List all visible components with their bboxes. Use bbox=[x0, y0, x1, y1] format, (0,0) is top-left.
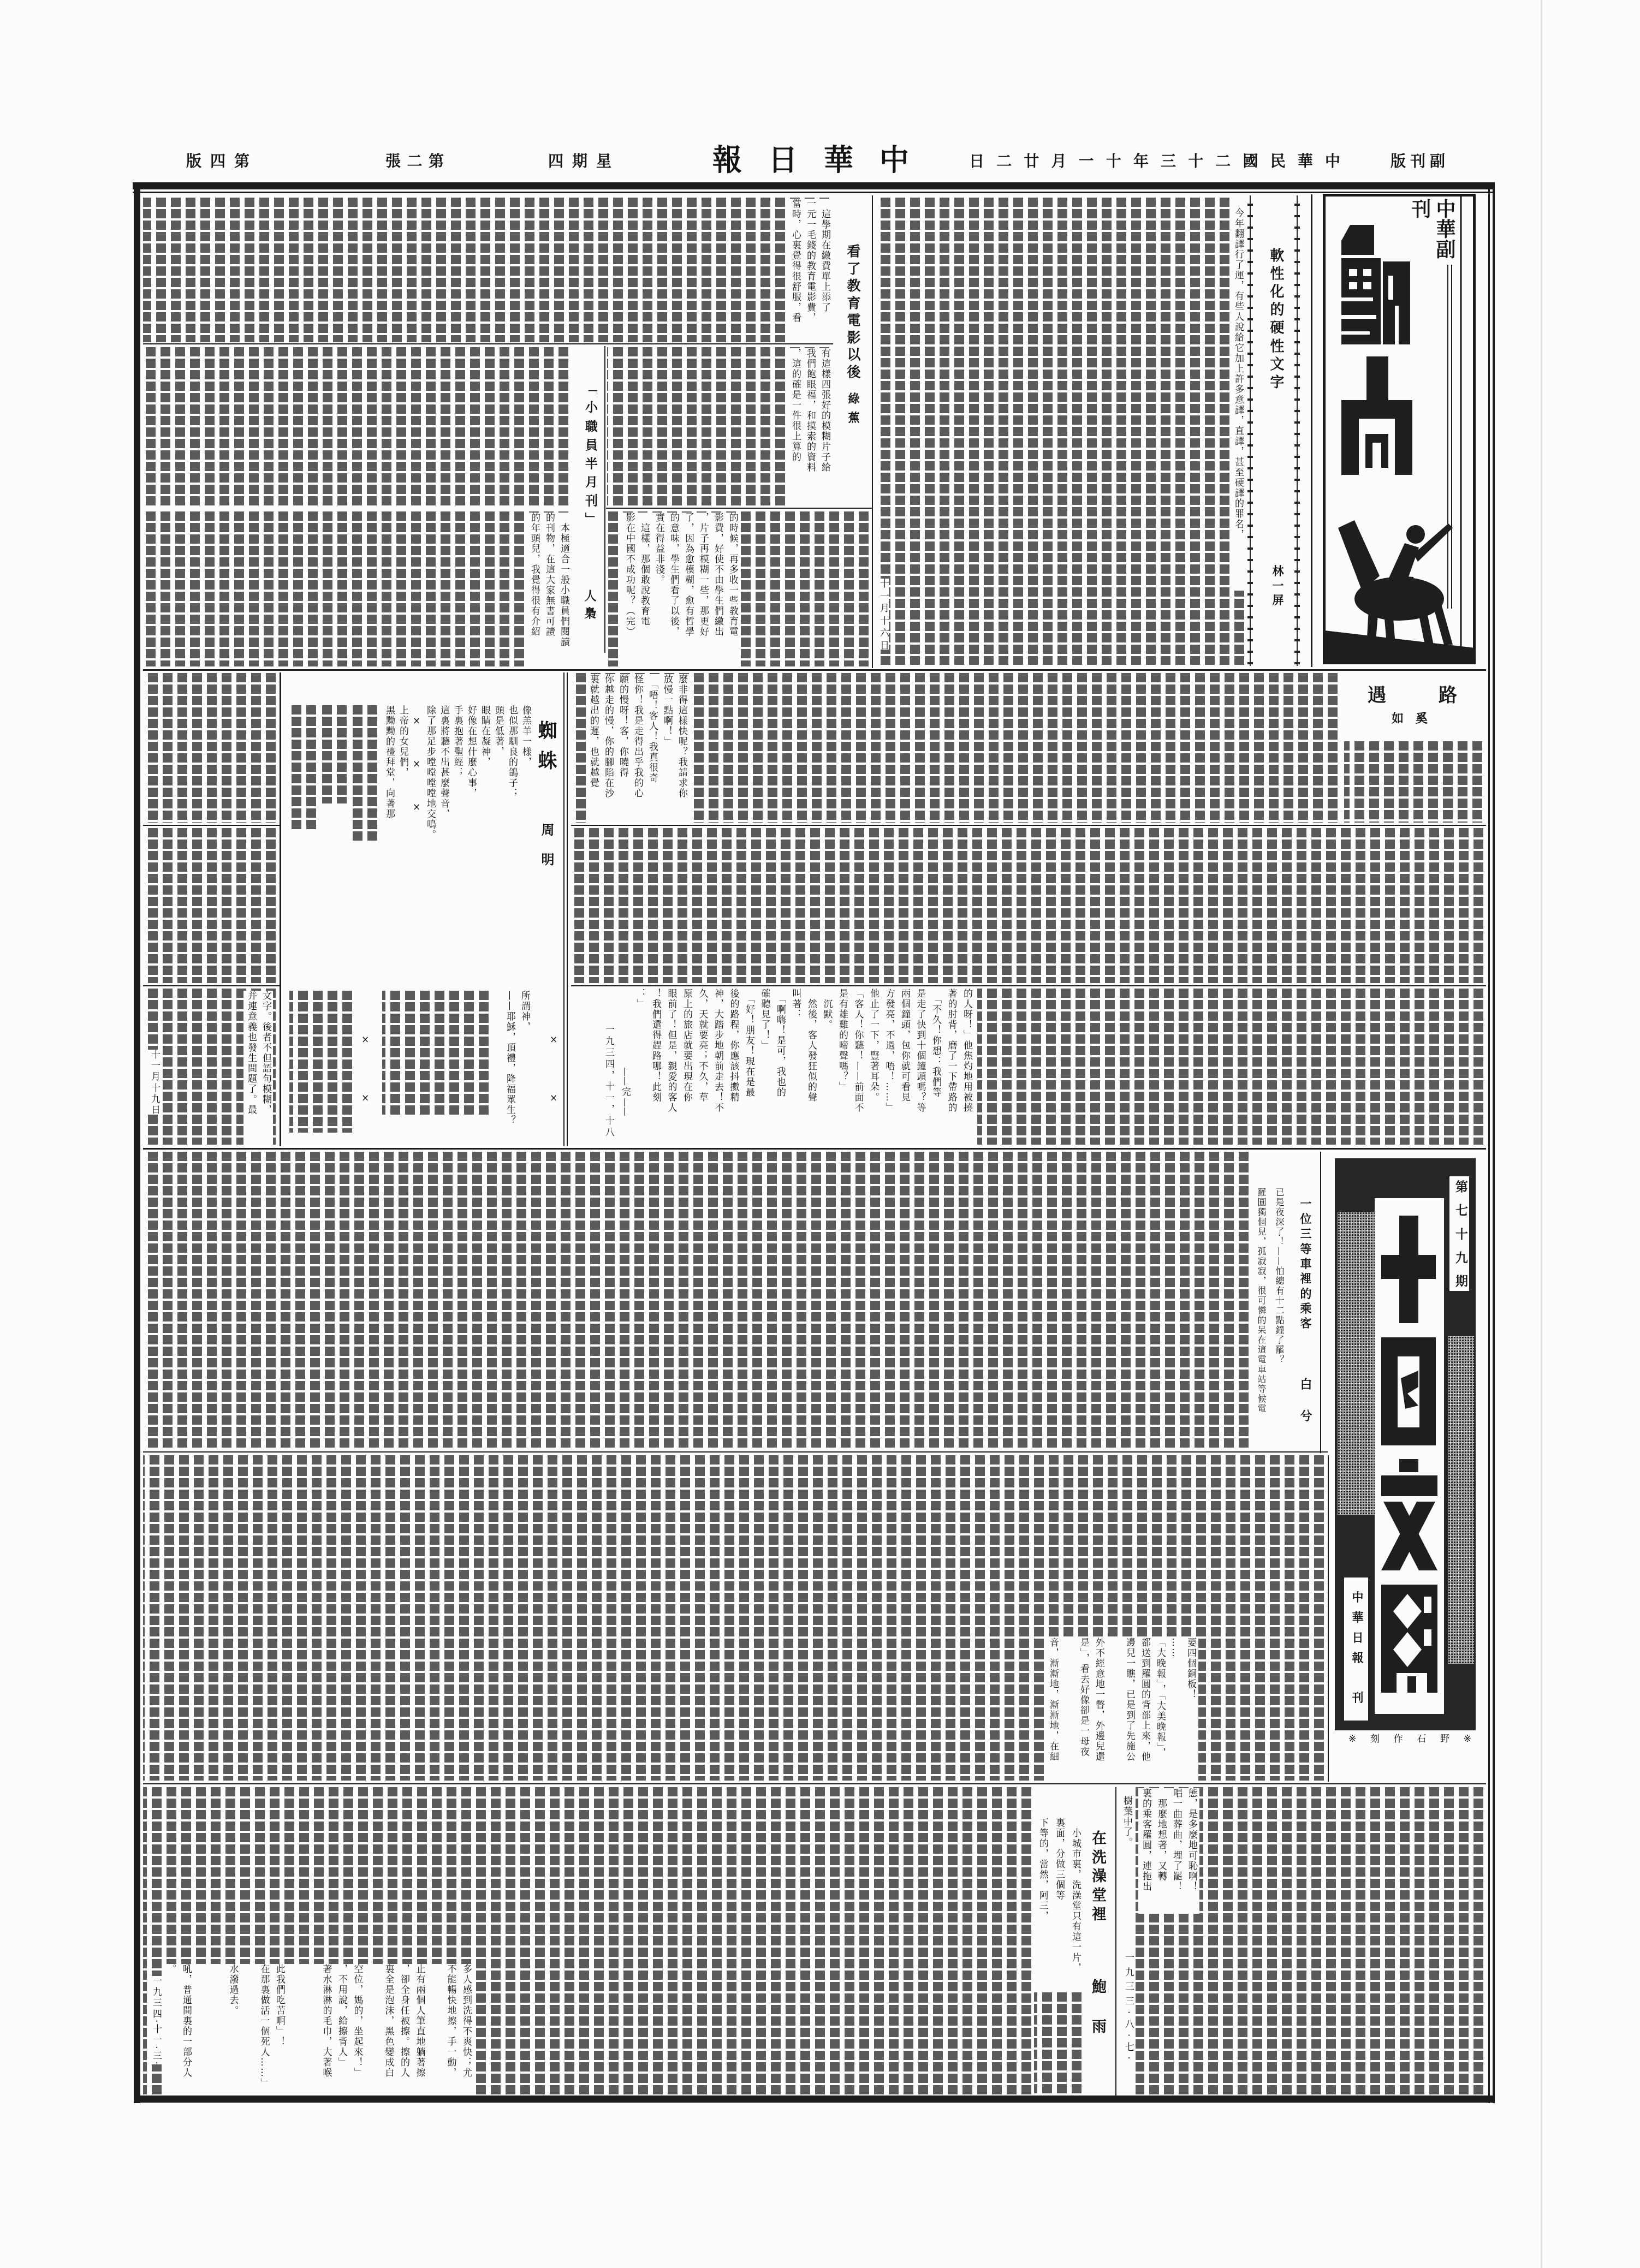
article-author: 人梟 bbox=[581, 590, 596, 619]
article-date: 一九三四，十一，十八 bbox=[601, 1025, 614, 1136]
column-rule bbox=[604, 346, 605, 653]
article-author: 奚如 bbox=[1392, 712, 1428, 726]
frame-bottom bbox=[134, 2096, 1495, 2103]
column-rule bbox=[1328, 1455, 1329, 1782]
masthead-stipple bbox=[1338, 1212, 1376, 1515]
article-date: 一九三三·八·七· bbox=[1121, 1952, 1134, 2059]
paper-label: 中華日報 刊 bbox=[1348, 1591, 1364, 1703]
weekday: 星期四 bbox=[548, 152, 611, 171]
supplement-title: 動向 bbox=[1340, 224, 1412, 476]
illegible-text-block bbox=[1034, 1992, 1084, 2095]
article-title: 「小職員半月刊」 bbox=[579, 382, 597, 525]
poem-author: 周明 bbox=[539, 823, 554, 866]
masthead-side-rule bbox=[1311, 194, 1312, 667]
row-rule bbox=[143, 343, 833, 344]
illegible-text-block bbox=[143, 1152, 1251, 1450]
arrow-rule-right bbox=[1294, 195, 1300, 666]
article-title: 軟性化的硬性文字 bbox=[1264, 248, 1284, 389]
issue-number: 第七十九期 bbox=[1451, 1180, 1467, 1287]
illegible-text-block bbox=[382, 991, 491, 1116]
row-rule bbox=[571, 825, 1486, 826]
end-mark: ——完—— bbox=[617, 1067, 631, 1116]
illegible-text-block bbox=[143, 347, 571, 507]
article-excerpt: 本極適合一般小職員們閱讀 的刊物，在這大家無書可讀 的年頭兒，我覺得很有介紹 bbox=[527, 513, 571, 666]
article-intro: 已是夜深了！——怕總有十二點鐘了罷？ 羅圓獨個兒，孤寂寂，很可憐的呆在這電車站等… bbox=[1252, 1178, 1288, 1448]
supplement-label: 中華副刊 bbox=[1407, 199, 1457, 259]
column-rule bbox=[280, 672, 281, 1146]
frame-right-inner bbox=[1488, 182, 1490, 2103]
woodcut-credit: ※野石作刻※ bbox=[1348, 1734, 1471, 1745]
illegible-text-block bbox=[289, 991, 355, 1133]
illegible-text-block bbox=[571, 828, 1486, 983]
arrow-rule-left bbox=[1247, 195, 1253, 666]
frame-left bbox=[134, 182, 140, 2103]
article-excerpt: 今年翻譯行了運，有些人說給它加上許多意譯，直譯，甚至硬譯的罪名， bbox=[1231, 198, 1245, 591]
article-excerpt: 要四個銅板！ …… 「大晚報」，「大美晚報」， 都送到羅圓的背部上來，他 邊兒一… bbox=[1045, 1638, 1198, 1781]
poem-lines: 所謂神， ——耶穌，頂禮，降福眾生？ bbox=[502, 991, 532, 1144]
article-date: 十一月十六日 bbox=[877, 579, 889, 650]
row-rule bbox=[143, 985, 280, 986]
article-last-line: 樹葉中了。 bbox=[1119, 1796, 1134, 1856]
scan-fold-line bbox=[1541, 0, 1542, 2268]
article-author: 白兮 bbox=[1298, 1378, 1312, 1421]
poem-title: 蜘蛛 bbox=[534, 721, 557, 770]
frame-right-outer bbox=[1493, 182, 1495, 2103]
article-author: 鮑雨 bbox=[1090, 1979, 1106, 2033]
newspaper-title: 中華日報 bbox=[712, 143, 909, 178]
column-rule bbox=[1115, 1787, 1116, 2096]
illegible-text-block bbox=[320, 705, 349, 803]
illegible-text-block bbox=[143, 198, 832, 342]
article-date: 十一月十九日 bbox=[148, 1050, 160, 1114]
article-title: 路遇 bbox=[1368, 684, 1457, 707]
article-excerpt: 有這樣四張好的模糊片子給 我們飽眼福，和摸索的資料 ，這的確是一件很上算的 bbox=[788, 348, 832, 507]
band-rule bbox=[143, 1148, 1486, 1150]
article-title: 一位三等車裡的乘客 bbox=[1296, 1198, 1312, 1329]
illegible-text-block bbox=[977, 989, 1486, 1145]
article-excerpt: 這學期在繳費單上添了 一元一毛錢的教育電影費， 當時，心裏覺得很舒服，看 bbox=[788, 199, 832, 342]
masthead-stipple bbox=[1448, 1336, 1474, 1664]
supplement-title: 十日文學 bbox=[1378, 1215, 1439, 1695]
article-excerpt: 小城市裏，洗澡堂只有這一片， 裏面，分做三個等 下等的，當然，阿三， bbox=[1035, 1818, 1084, 1991]
article-excerpt: 多人感到洗得不爽快；尤 不能暢快地擦，手一動， 止有兩個人筆直地躺著擦 ，卻全身… bbox=[163, 1964, 474, 2095]
poem-lines: 像羔羊一樣， 也似那馴良的鴿子； 頭是低著， 眼睛在凝神， 好像在想什麼心事， … bbox=[382, 705, 532, 896]
stanza-mark: × bbox=[548, 1093, 561, 1106]
double-column-rule bbox=[563, 672, 565, 1146]
article-title: 看了教育電影以後 bbox=[842, 244, 861, 378]
row-rule bbox=[143, 1783, 1486, 1784]
issue-date: 中華民國二十三年十一月廿二日 bbox=[969, 152, 1340, 171]
article-author: 林一屏 bbox=[1268, 565, 1284, 605]
row-rule bbox=[143, 1451, 1328, 1453]
stanza-mark: × bbox=[359, 1093, 372, 1106]
band-rule bbox=[143, 669, 1486, 671]
illegible-text-block bbox=[143, 673, 278, 823]
newspaper-page: 第四版 第二張 星期四 中華日報 中華民國二十三年十一月廿二日 副刊版 bbox=[0, 0, 1640, 2268]
article-excerpt: 態，是多麼地可恥啊！ 唱一曲葬曲，埋了罷！ 那麼地想著，又轉 裏的乘客羅圓，連拖… bbox=[1138, 1788, 1199, 1914]
column-rule bbox=[872, 195, 873, 668]
illegible-text-block bbox=[289, 705, 319, 831]
page-number: 第四版 bbox=[186, 152, 249, 171]
illegible-text-block bbox=[143, 828, 278, 983]
article-excerpt: 麼非得這樣快呢？我請求你 放慢一點啊！」 「唔！客人！我真很奇 怪你！我是走得出… bbox=[586, 674, 689, 823]
article-excerpt: 文字。後者不但語句模糊， 并連意義也發生問題了。最 bbox=[243, 991, 273, 1145]
column-rule bbox=[1320, 1152, 1321, 1453]
frame-top-inner bbox=[133, 192, 1495, 193]
row-rule bbox=[571, 985, 1486, 986]
row-rule bbox=[143, 825, 280, 826]
edition-label: 副刊版 bbox=[1391, 152, 1445, 171]
illegible-text-block bbox=[143, 511, 571, 666]
frame-top bbox=[133, 182, 1495, 189]
article-excerpt: 的人呀！」他焦灼地用被撓 著的肘背，磨了一下帶路的 「不久！你想：我們等 是走了… bbox=[632, 989, 975, 1145]
article-author: 綠蕉 bbox=[845, 392, 860, 423]
stanza-mark: × bbox=[548, 1034, 561, 1047]
illegible-text-block bbox=[1344, 741, 1485, 823]
article-date: 一九三四·十一·三· bbox=[148, 1976, 162, 2064]
stanza-mark: × bbox=[359, 1034, 372, 1047]
illegible-text-block bbox=[876, 198, 1247, 665]
sheet-number: 第二張 bbox=[385, 152, 444, 171]
illegible-text-block bbox=[350, 705, 380, 842]
double-column-rule bbox=[567, 672, 568, 1146]
article-excerpt: 的時候，再多收一些教育電 影費，好使不由學生們繳出 ，片子再模糊一些，那更好 了… bbox=[622, 513, 740, 666]
row-rule bbox=[606, 508, 872, 509]
article-title: 在洗澡堂裡 bbox=[1088, 1830, 1106, 1921]
